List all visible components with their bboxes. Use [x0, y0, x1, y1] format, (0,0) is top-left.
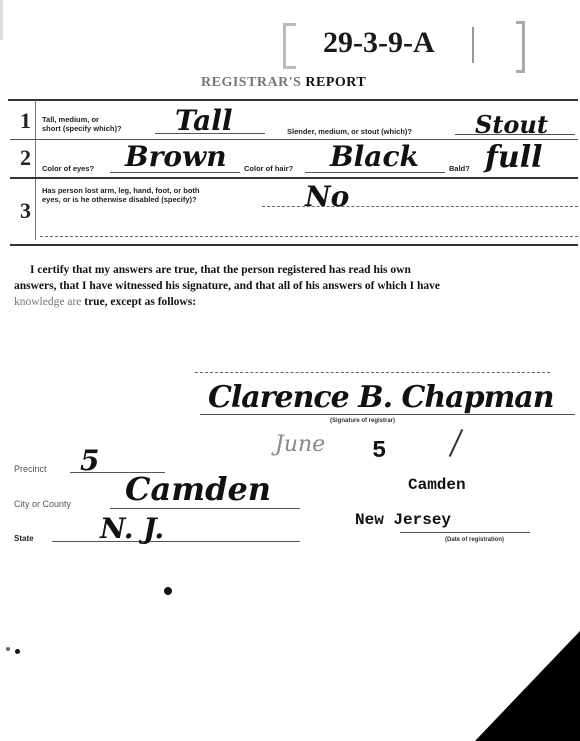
height-answer: Tall — [175, 104, 233, 137]
eye-color-label: Color of eyes? — [42, 164, 94, 173]
state-label: State — [14, 534, 34, 543]
row3-bottom-rule-a — [40, 236, 578, 237]
form-number-column-divider — [35, 100, 36, 240]
certification-statement: I certify that my answers are true, that… — [14, 262, 574, 310]
precinct-label: Precinct — [14, 465, 47, 474]
disability-label-line2: eyes, or is he otherwise disabled (speci… — [42, 195, 200, 204]
serial-bracket-mid — [472, 27, 474, 63]
stamp-state: New Jersey — [355, 511, 451, 529]
disability-answer: No — [305, 180, 349, 213]
state-answer-line — [52, 541, 300, 542]
scan-corner-shadow — [475, 631, 580, 741]
certification-line2: answers, that I have witnessed his signa… — [14, 278, 574, 294]
precinct-value: 5 — [80, 444, 99, 477]
form-top-rule — [8, 99, 578, 101]
signature-line — [200, 414, 575, 415]
date-month: June — [275, 432, 325, 457]
serial-bracket-right — [516, 21, 525, 73]
question-number-3: 3 — [20, 198, 31, 224]
registrar-signature: Clarence B. Chapman — [208, 380, 554, 415]
page-title: REGISTRAR'S REPORT — [201, 75, 366, 91]
height-label-line2: short (specify which)? — [42, 124, 122, 133]
scan-edge-mark — [0, 0, 3, 40]
disability-label-line1: Has person lost arm, leg, hand, foot, or… — [42, 186, 200, 195]
signature-caption: (Signature of registrar) — [330, 418, 395, 424]
city-county-value: Camden — [125, 470, 271, 508]
stamp-city: Camden — [408, 476, 466, 494]
disability-label: Has person lost arm, leg, hand, foot, or… — [42, 186, 200, 204]
height-label-line1: Tall, medium, or — [42, 115, 122, 124]
ink-dot — [164, 587, 172, 595]
certification-line3-faint: knowledge are — [14, 296, 81, 308]
row3-bottom-rule-b — [10, 244, 578, 246]
build-label: Slender, medium, or stout (which)? — [287, 127, 412, 136]
bald-answer: full — [485, 140, 543, 175]
state-value: N. J. — [100, 512, 164, 545]
bald-label: Bald? — [449, 164, 470, 173]
certification-line1: I certify that my answers are true, that… — [14, 262, 574, 278]
certification-line3: knowledge are true, except as follows: — [14, 294, 574, 310]
city-county-label: City or County — [14, 500, 71, 509]
title-part-registrar: REGISTRAR'S — [201, 75, 301, 90]
row2-bottom-rule — [10, 177, 578, 179]
build-answer: Stout — [475, 110, 548, 139]
hair-color-label: Color of hair? — [244, 164, 293, 173]
question-number-2: 2 — [20, 145, 31, 171]
serial-bracket-left — [283, 23, 296, 69]
signature-top-rule — [195, 372, 550, 373]
certification-line3-main: true, except as follows: — [84, 296, 196, 308]
ink-dot-small-1 — [6, 647, 10, 651]
date-day: 5 — [372, 438, 386, 465]
title-part-report: REPORT — [305, 75, 366, 90]
stamp-line — [400, 532, 530, 533]
question-number-1: 1 — [20, 108, 31, 134]
ink-dot-small-2 — [15, 649, 20, 654]
eye-color-answer: Brown — [125, 140, 227, 173]
height-label: Tall, medium, or short (specify which)? — [42, 115, 122, 133]
city-county-answer-line — [110, 508, 300, 509]
pen-stroke — [449, 429, 463, 457]
serial-number: 29-3-9-A — [323, 26, 435, 60]
hair-color-answer: Black — [330, 140, 419, 173]
stamp-caption: (Date of registration) — [445, 537, 504, 543]
